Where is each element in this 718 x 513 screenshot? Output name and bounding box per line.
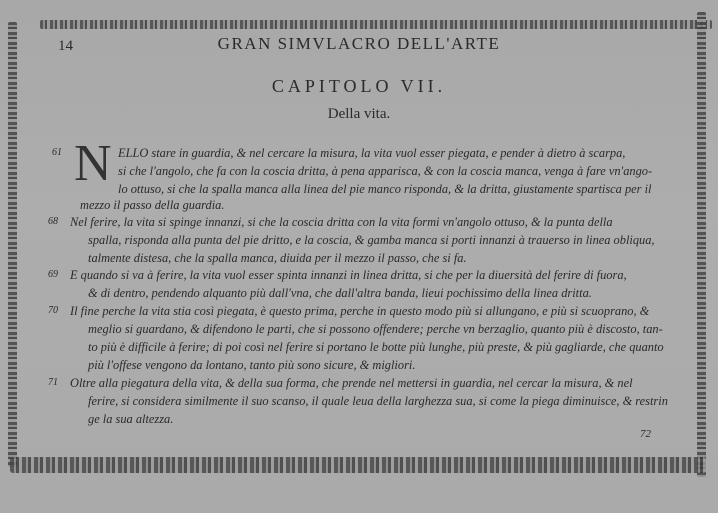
text-line: più l'offese vengono da lontano, tanto p… (70, 356, 695, 374)
text-line: spalla, risponda alla punta del pie drit… (70, 231, 695, 249)
paragraph-69: 69 E quando si va à ferire, la vita vuol… (70, 266, 695, 302)
text-line: talmente distesa, che la spalla manca, d… (70, 249, 695, 267)
text-line: si che l'angolo, che fa con la coscia dr… (118, 162, 698, 180)
text-line: Nel ferire, la vita si spinge innanzi, s… (70, 213, 695, 231)
paragraph-number: 71 (48, 374, 58, 392)
paragraph-61: 61 ELLO stare in guardia, & nel cercare … (118, 144, 698, 198)
catchword: 72 (640, 428, 651, 440)
paragraph-68: 68 Nel ferire, la vita si spinge innanzi… (70, 213, 695, 267)
text-line: to più è difficile à ferire; di poi così… (70, 338, 695, 356)
ornamental-border-top (40, 20, 712, 29)
paragraph-71: 71 Oltre alla piegatura della vita, & de… (70, 374, 695, 428)
text-line: mezzo il passo della guardia. (80, 196, 705, 214)
paragraph-number: 68 (48, 213, 58, 231)
section-subtitle: Della vita. (0, 106, 718, 123)
ornamental-border-bottom (10, 457, 706, 473)
paragraph-70: 70 Il fine perche la vita stia così pieg… (70, 302, 695, 374)
paragraph-number: 70 (48, 302, 58, 320)
text-line: ge la sua altezza. (70, 410, 695, 428)
text-line: ferire, si considera similmente il suo s… (70, 392, 695, 410)
running-head: GRAN SIMVLACRO DELL'ARTE (0, 34, 718, 54)
paragraph-number: 61 (52, 144, 62, 162)
drop-cap: N (74, 138, 112, 190)
chapter-title: CAPITOLO VII. (0, 76, 718, 97)
text-line: & di dentro, pendendo alquanto più dall'… (70, 284, 695, 302)
text-line: meglio si guardano, & difendono le parti… (70, 320, 695, 338)
scanned-book-page: 14 GRAN SIMVLACRO DELL'ARTE CAPITOLO VII… (0, 0, 718, 513)
paragraph-number: 69 (48, 266, 58, 284)
text-line: Oltre alla piegatura della vita, & della… (70, 374, 695, 392)
text-line: E quando si va à ferire, la vita vuol es… (70, 266, 695, 284)
text-line: Il fine perche la vita stia così piegata… (70, 302, 695, 320)
paragraph-61-end: mezzo il passo della guardia. (80, 196, 705, 214)
text-line: ELLO stare in guardia, & nel cercare la … (118, 144, 698, 162)
